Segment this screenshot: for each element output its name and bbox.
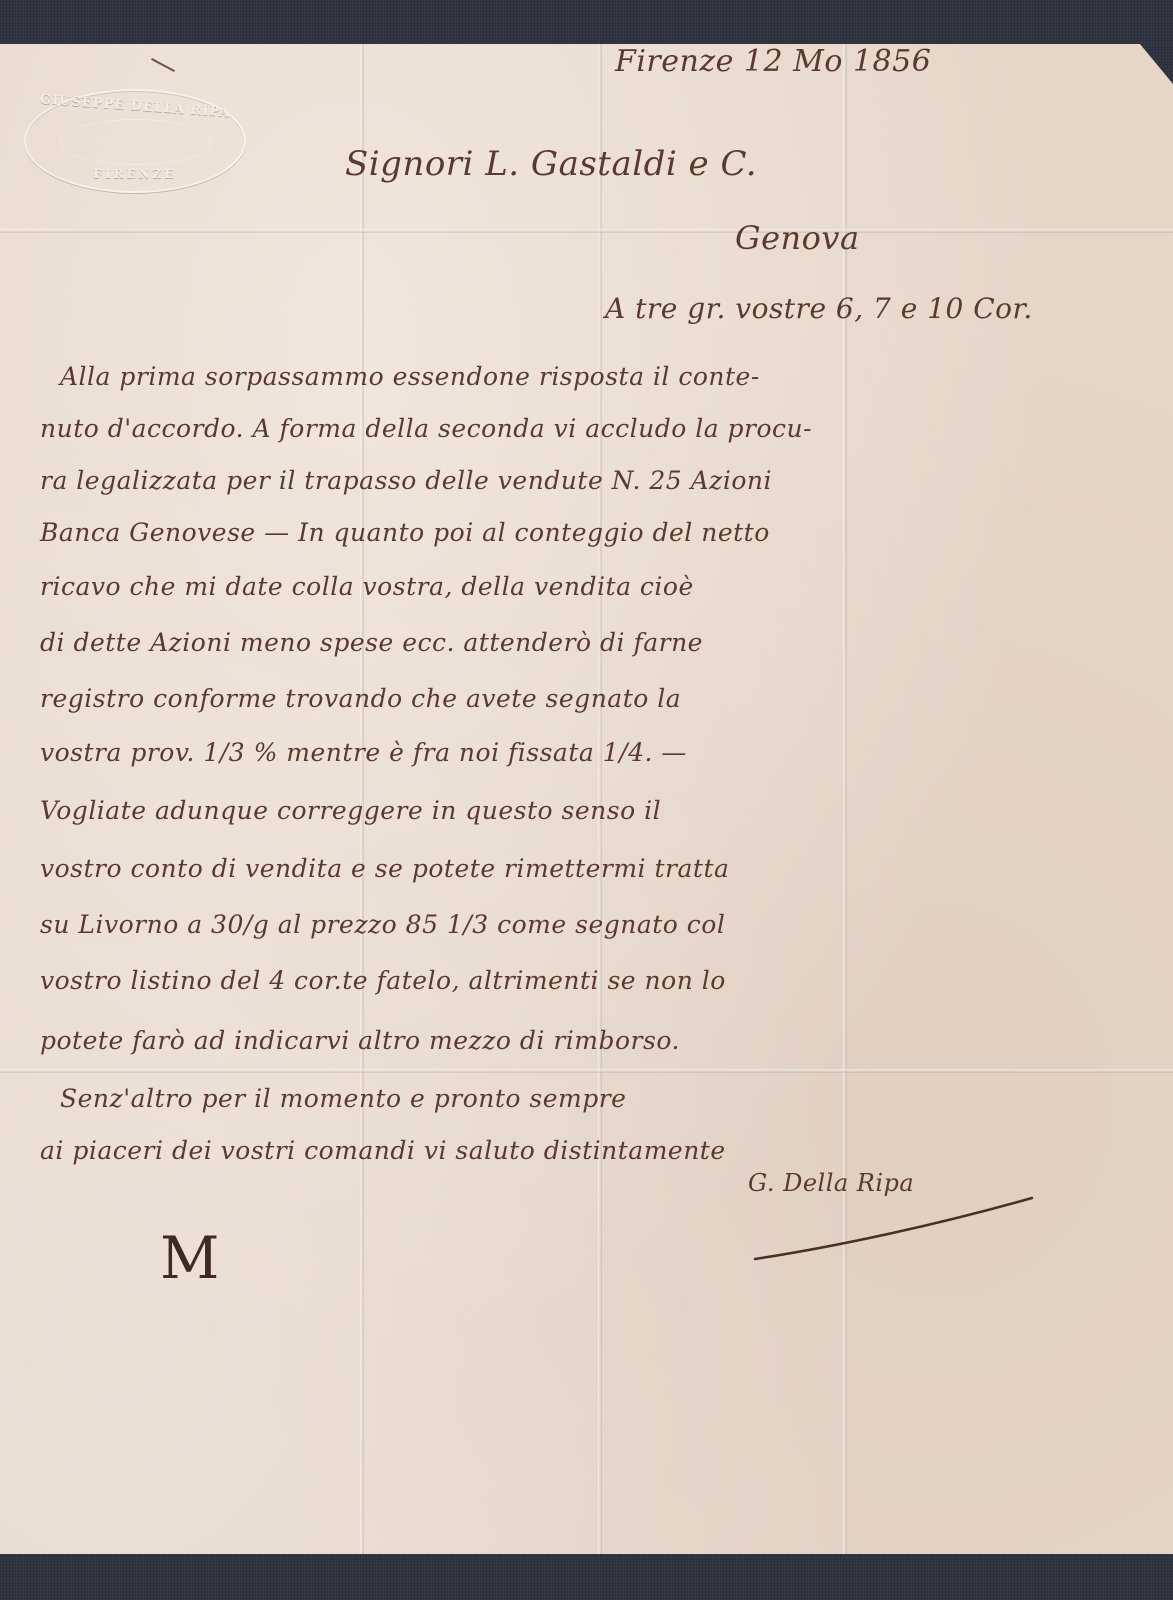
fold-crease-horizontal xyxy=(0,229,1173,233)
body-line: Senz'altro per il momento e pronto sempr… xyxy=(60,1084,626,1113)
body-line: vostra prov. 1/3 % mentre è fra noi fiss… xyxy=(40,738,687,767)
body-line: Vogliate adunque correggere in questo se… xyxy=(40,796,661,825)
body-line: vostro listino del 4 cor.te fatelo, altr… xyxy=(40,966,726,995)
body-line: ra legalizzata per il trapasso delle ven… xyxy=(40,466,772,495)
margin-mark: M xyxy=(160,1224,220,1292)
embossed-letterhead-seal: GIUSEPPE DELLA RIPA FIRENZE xyxy=(24,89,246,193)
signature-flourish xyxy=(750,1194,1040,1264)
body-line: ai piaceri dei vostri comandi vi saluto … xyxy=(40,1136,726,1165)
destination-city: Genova xyxy=(735,219,860,257)
body-line: registro conforme trovando che avete seg… xyxy=(40,684,681,713)
body-line: potete farò ad indicarvi altro mezzo di … xyxy=(40,1026,680,1055)
body-line: Alla prima sorpassammo essendone rispost… xyxy=(60,362,760,391)
body-line: nuto d'accordo. A forma della seconda vi… xyxy=(40,414,812,443)
emboss-name: GIUSEPPE DELLA RIPA xyxy=(26,91,245,121)
dateline: Firenze 12 Mo 1856 xyxy=(615,44,931,79)
letter-sheet: GIUSEPPE DELLA RIPA FIRENZE Firenze 12 M… xyxy=(0,44,1173,1554)
body-line: vostro conto di vendita e se potete rime… xyxy=(40,854,729,883)
pen-stroke-mark xyxy=(151,58,175,72)
body-line: su Livorno a 30/g al prezzo 85 1/3 come … xyxy=(40,910,725,939)
body-line: di dette Azioni meno spese ecc. attender… xyxy=(40,628,703,657)
fold-crease-vertical xyxy=(843,44,847,1554)
emboss-inner-ring xyxy=(60,119,212,165)
body-line: Banca Genovese — In quanto poi al conteg… xyxy=(40,518,770,547)
signature: G. Della Ripa xyxy=(748,1169,914,1197)
reference-line: A tre gr. vostre 6, 7 e 10 Cor. xyxy=(605,292,1033,325)
salutation: Signori L. Gastaldi e C. xyxy=(345,144,757,184)
body-line: ricavo che mi date colla vostra, della v… xyxy=(40,572,694,601)
fold-crease-horizontal xyxy=(0,1069,1173,1073)
emboss-city: FIRENZE xyxy=(26,167,244,181)
